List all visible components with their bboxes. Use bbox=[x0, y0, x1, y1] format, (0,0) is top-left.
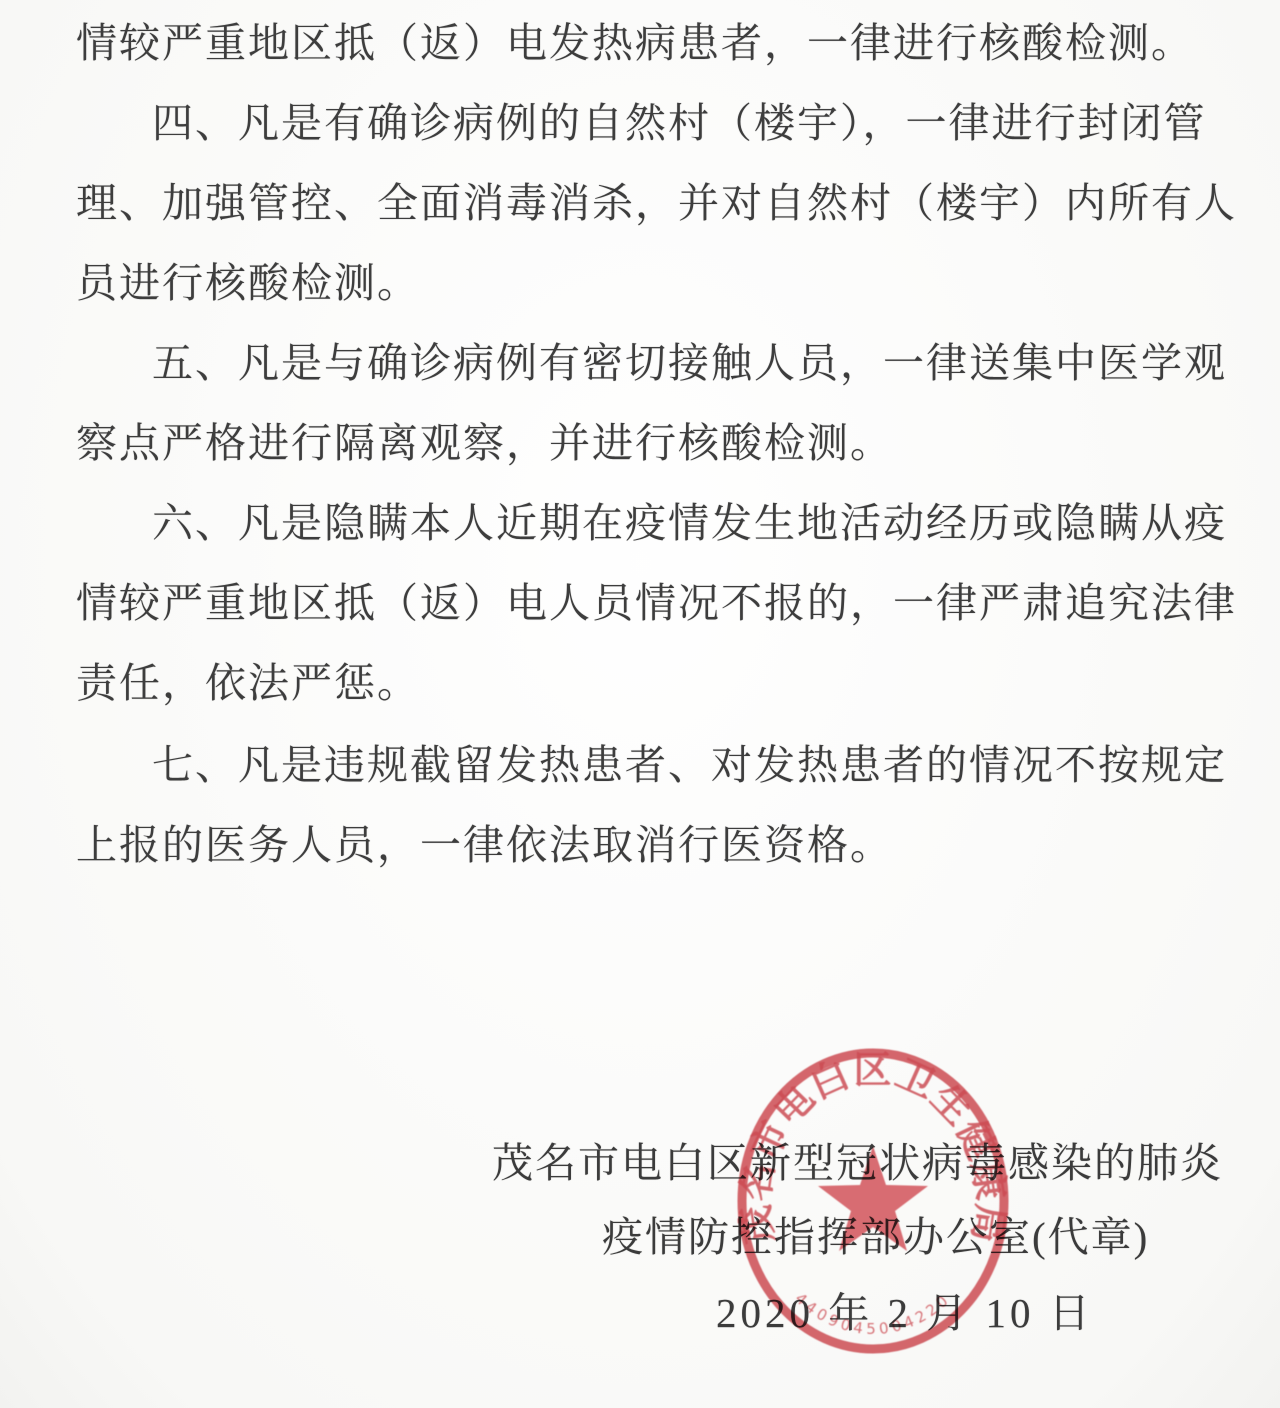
body-line: 情较严重地区抵（返）电发热病患者，一律进行核酸检测。 bbox=[76, 18, 1194, 68]
body-line: 六、凡是隐瞒本人近期在疫情发生地活动经历或隐瞒从疫 bbox=[152, 498, 1227, 548]
document-page: 情较严重地区抵（返）电发热病患者，一律进行核酸检测。 四、凡是有确诊病例的自然村… bbox=[0, 0, 1280, 1408]
body-line: 理、加强管控、全面消毒消杀，并对自然村（楼宇）内所有人 bbox=[76, 178, 1237, 228]
body-line: 四、凡是有确诊病例的自然村（楼宇），一律进行封闭管 bbox=[152, 98, 1207, 148]
body-line: 情较严重地区抵（返）电人员情况不报的，一律严肃追究法律 bbox=[76, 578, 1237, 628]
body-line: 五、凡是与确诊病例有密切接触人员，一律送集中医学观 bbox=[152, 338, 1227, 388]
seal-star-icon bbox=[818, 1146, 928, 1251]
official-seal: 茂名市电白区卫生健康局 4409045004220 bbox=[736, 1048, 1012, 1360]
body-line: 七、凡是违规截留发热患者、对发热患者的情况不按规定 bbox=[152, 740, 1227, 790]
body-line: 员进行核酸检测。 bbox=[76, 258, 420, 308]
body-line: 上报的医务人员，一律依法取消行医资格。 bbox=[76, 820, 893, 870]
body-line: 责任，依法严惩。 bbox=[76, 658, 420, 708]
body-line: 察点严格进行隔离观察，并进行核酸检测。 bbox=[76, 418, 893, 468]
